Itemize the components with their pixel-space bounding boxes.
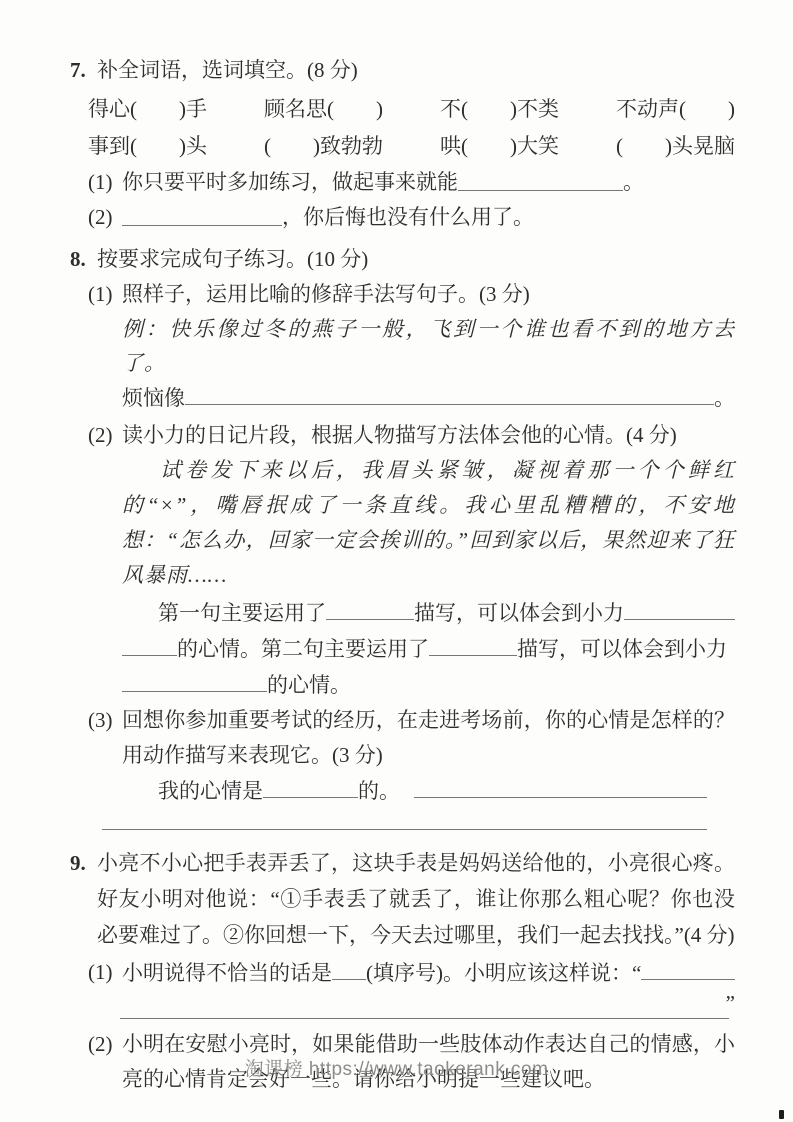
item-text: 回想你参加重要考试的经历，在走进考场前，你的心情是怎样的？用动作描写来表现它。(… — [122, 703, 735, 773]
fill-text: 描写，可以体会到小力 — [517, 631, 727, 667]
word-bank-row-1: 得心( )手 顾名思( ) 不( )不类 不动声( ) — [88, 91, 735, 128]
word-cell: 不( )不类 — [440, 91, 559, 128]
prompt-row: 烦恼像 。 — [122, 380, 735, 416]
prompt-text: 烦恼像 — [122, 380, 185, 416]
item-label: (2) — [88, 418, 122, 703]
item-label: (3) — [88, 703, 122, 809]
fill-blank — [326, 604, 414, 620]
fill-in-block: 第一句主要运用了 描写，可以体会到小力 的心情。第二句主要运用了 描写，可以体会… — [122, 595, 735, 703]
word-cell: 哄( )大笑 — [440, 128, 559, 165]
test-paper-page: 7. 补全词语，选词填空。(8 分) 得心( )手 顾名思( ) 不( )不类 … — [0, 0, 793, 1122]
word-cell: 得心( )手 — [88, 91, 207, 128]
item-text: 照样子，运用比喻的修辞手法写句子。(3 分) — [122, 277, 735, 312]
question-9-intro: 小亮不小心把手表弄丢了，这块手表是妈妈送给他的，小亮很心疼。好友小明对他说：“①… — [97, 845, 735, 953]
fill-blank — [263, 782, 358, 798]
question-8: 8. 按要求完成句子练习。(10 分) (1) 照样子，运用比喻的修辞手法写句子… — [70, 241, 735, 830]
fill-blank — [429, 640, 517, 656]
answer-line — [120, 1018, 729, 1019]
example-sentence: 例：快乐像过冬的燕子一般，飞到一个谁也看不到的地方去了。 — [122, 312, 735, 380]
q8-item-1: (1) 照样子，运用比喻的修辞手法写句子。(3 分) 例：快乐像过冬的燕子一般，… — [88, 277, 735, 416]
q7-item-1: (1) 你只要平时多加练习，做起事来就能。 — [88, 165, 735, 200]
item-text-segment: 小明说得不恰当的话是 — [122, 955, 332, 991]
word-cell: ( )头晃脑 — [616, 128, 735, 165]
item-text-segment: 你只要平时多加练习，做起事来就能 — [122, 170, 458, 194]
item-label: (1) — [88, 955, 122, 1019]
item-text: 你只要平时多加练习，做起事来就能。 — [122, 165, 735, 200]
fill-row-2: 的心情。第二句主要运用了 描写，可以体会到小力 — [122, 631, 735, 667]
fill-blank — [332, 964, 366, 980]
fill-row: 小明说得不恰当的话是 (填序号)。小明应该这样说：“ — [122, 955, 735, 991]
q9-item-1: (1) 小明说得不恰当的话是 (填序号)。小明应该这样说：“ ” — [88, 955, 735, 1019]
q8-item-2: (2) 读小力的日记片段，根据人物描写方法体会他的心情。(4 分) 试卷发下来以… — [88, 418, 735, 703]
fill-text: 的心情。 — [267, 667, 351, 703]
question-7-number: 7. — [70, 52, 97, 88]
diary-passage: 试卷发下来以后，我眉头紧皱，凝视着那一个个鲜红的“×”，嘴唇抿成了一条直线。我心… — [122, 453, 735, 593]
fill-blank — [122, 676, 267, 692]
item-text: 读小力的日记片段，根据人物描写方法体会他的心情。(4 分) — [122, 418, 735, 453]
q7-item-2: (2) ，你后悔也没有什么用了。 — [88, 200, 735, 235]
fill-blank — [641, 964, 735, 980]
word-cell: 事到( )头 — [88, 128, 207, 165]
word-cell: 不动声( ) — [616, 91, 735, 128]
watermark-footer: 淘课榜 https://www.taokerank.com — [0, 1057, 793, 1083]
answer-text: 的。 — [358, 773, 400, 809]
question-8-title: 按要求完成句子练习。(10 分) — [97, 241, 735, 277]
word-bank: 得心( )手 顾名思( ) 不( )不类 不动声( ) 事到( )头 ( )致勃… — [88, 91, 735, 165]
item-text-segment: 。 — [623, 170, 644, 194]
closing-quote-row: ” — [122, 991, 735, 1016]
fill-text: 第一句主要运用了 — [158, 595, 326, 631]
fill-blank — [185, 389, 714, 405]
fill-blank — [414, 782, 707, 798]
item-body: 小明说得不恰当的话是 (填序号)。小明应该这样说：“ ” — [122, 955, 735, 1019]
item-text-segment: (填序号)。小明应该这样说：“ — [366, 955, 641, 991]
item-label: (1) — [88, 277, 122, 416]
fill-row-1: 第一句主要运用了 描写，可以体会到小力 — [122, 595, 735, 631]
closing-quote: ” — [726, 991, 735, 1016]
question-9-number: 9. — [70, 845, 97, 881]
word-bank-row-2: 事到( )头 ( )致勃勃 哄( )大笑 ( )头晃脑 — [88, 128, 735, 165]
item-body: 读小力的日记片段，根据人物描写方法体会他的心情。(4 分) 试卷发下来以后，我眉… — [122, 418, 735, 703]
question-8-number: 8. — [70, 241, 97, 277]
item-body: 回想你参加重要考试的经历，在走进考场前，你的心情是怎样的？用动作描写来表现它。(… — [122, 703, 735, 809]
fill-row-3: 的心情。 — [122, 667, 735, 703]
answer-row: 我的心情是 的。 — [122, 773, 735, 809]
fill-blank — [122, 640, 177, 656]
item-label: (2) — [88, 200, 122, 235]
answer-text: 我的心情是 — [158, 773, 263, 809]
item-text-segment: ，你后悔也没有什么用了。 — [282, 205, 534, 229]
scan-artifact — [779, 1110, 784, 1119]
question-7-title: 补全词语，选词填空。(8 分) — [97, 52, 735, 88]
fill-blank — [624, 604, 735, 620]
item-label: (1) — [88, 165, 122, 200]
fill-blank — [458, 175, 623, 191]
fill-text: 的心情。第二句主要运用了 — [177, 631, 429, 667]
item-body: 照样子，运用比喻的修辞手法写句子。(3 分) 例：快乐像过冬的燕子一般，飞到一个… — [122, 277, 735, 416]
q8-item-3: (3) 回想你参加重要考试的经历，在走进考场前，你的心情是怎样的？用动作描写来表… — [88, 703, 735, 809]
prompt-period: 。 — [714, 380, 735, 416]
word-cell: 顾名思( ) — [264, 91, 383, 128]
item-text: ，你后悔也没有什么用了。 — [122, 200, 735, 235]
fill-blank — [122, 210, 282, 226]
word-cell: ( )致勃勃 — [264, 128, 383, 165]
answer-line — [102, 829, 707, 830]
fill-text: 描写，可以体会到小力 — [414, 595, 624, 631]
question-7: 7. 补全词语，选词填空。(8 分) 得心( )手 顾名思( ) 不( )不类 … — [70, 52, 735, 235]
